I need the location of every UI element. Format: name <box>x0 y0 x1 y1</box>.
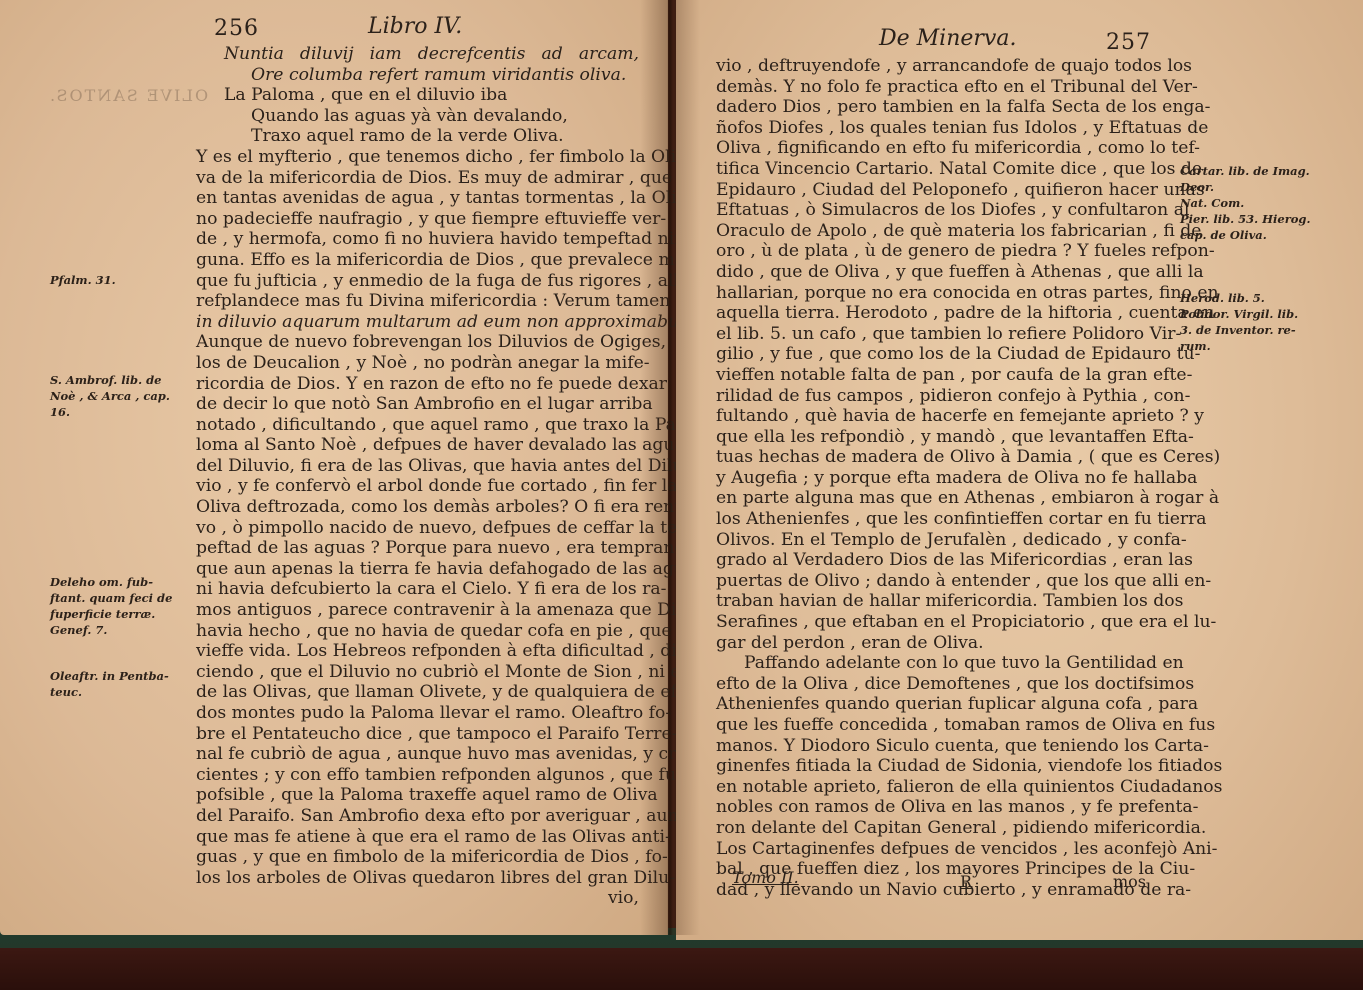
catchword: mos <box>1113 872 1146 891</box>
text-line: Eftatuas , ò Simulacros de los Diofes , … <box>716 200 1165 221</box>
text-line: La Paloma , que en el diluvio iba <box>196 85 639 106</box>
volume-text: Tomo II. <box>732 868 799 887</box>
margin-note-line: Herod. lib. 5. <box>1180 290 1298 306</box>
body-text: vio , deftruyendofe , y arrancandofe de … <box>716 56 1165 900</box>
text-line: tifica Vincencio Cartario. Natal Comite … <box>716 159 1165 180</box>
text-line: vieffe vida. Los Hebreos refponden à eft… <box>196 641 639 662</box>
margin-note-line: Polidor. Virgil. lib. <box>1180 306 1298 322</box>
margin-note-line: Noè , & Arca , cap. <box>50 388 170 404</box>
margin-note-line: Nat. Com. <box>1180 195 1310 211</box>
bleed-through-text: OLIVE SANTOS. <box>48 86 208 105</box>
running-head: Libro IV. <box>368 14 462 39</box>
text-line: Los Cartaginenfes defpues de vencidos , … <box>716 839 1165 860</box>
text-line: ricordia de Dios. Y en razon de efto no … <box>196 374 639 395</box>
text-line: refplandece mas fu Divina mifericordia :… <box>196 291 639 312</box>
text-line: nobles con ramos de Oliva en las manos ,… <box>716 797 1165 818</box>
text-line: Olivos. En el Templo de Jerufalèn , dedi… <box>716 530 1165 551</box>
text-line: que aun apenas la tierra fe havia defaho… <box>196 559 639 580</box>
text-line: guas , y que en fimbolo de la mifericord… <box>196 847 639 868</box>
text-line: va de la mifericordia de Dios. Es muy de… <box>196 168 639 189</box>
text-line: demàs. Y no folo fe practica efto en el … <box>716 77 1165 98</box>
text-line: que mas fe atiene à que era el ramo de l… <box>196 827 639 848</box>
text-line: los Athenienfes , que les confintieffen … <box>716 509 1165 530</box>
text-line: Oraculo de Apolo , de què materia los fa… <box>716 221 1165 242</box>
margin-note-line: rum. <box>1180 338 1298 354</box>
text-line: y Augefia ; y porque efta madera de Oliv… <box>716 468 1165 489</box>
signature-mark: R <box>960 872 972 891</box>
text-line: Traxo aquel ramo de la verde Oliva. <box>196 126 639 147</box>
text-line: nal fe cubriò de agua , aunque huvo mas … <box>196 744 639 765</box>
text-line: peftad de las aguas ? Porque para nuevo … <box>196 538 639 559</box>
text-line: del Paraifo. San Ambrofio dexa efto por … <box>196 806 639 827</box>
text-line: gilio , y fue , que como los de la Ciuda… <box>716 344 1165 365</box>
text-line: los los arboles de Olivas quedaron libre… <box>196 868 639 889</box>
text-line: grado al Verdadero Dios de las Mifericor… <box>716 550 1165 571</box>
text-line: bre el Pentateucho dice , que tampoco el… <box>196 724 639 745</box>
text-line: en tantas avenidas de agua , y tantas to… <box>196 188 639 209</box>
text-line: havia hecho , que no havia de quedar cof… <box>196 621 639 642</box>
text-line: Y es el myfterio , que tenemos dicho , f… <box>196 147 639 168</box>
text-line: aquella tierra. Herodoto , padre de la h… <box>716 303 1165 324</box>
margin-note-line: Pfalm. 31. <box>50 272 116 288</box>
text-line: que fu jufticia , y enmedio de la fuga d… <box>196 271 639 292</box>
margin-note: S. Ambrof. lib. deNoè , & Arca , cap.16. <box>50 372 170 420</box>
margin-note-line: Pier. lib. 53. Hierog. <box>1180 211 1310 227</box>
text-line: Athenienfes quando querian fuplicar algu… <box>716 694 1165 715</box>
margin-note-line: Cartar. lib. de Imag. <box>1180 163 1310 179</box>
text-line: no padecieffe naufragio , y que fiempre … <box>196 209 639 230</box>
text-line: Aunque de nuevo fobrevengan los Diluvios… <box>196 332 639 353</box>
margin-note: Herod. lib. 5.Polidor. Virgil. lib.3. de… <box>1180 290 1298 354</box>
text-line: efto de la Oliva , dice Demoftenes , que… <box>716 674 1165 695</box>
text-line: Paffando adelante con lo que tuvo la Gen… <box>716 653 1165 674</box>
text-line: puertas de Olivo ; dando à entender , qu… <box>716 571 1165 592</box>
margin-note-line: fuperficie terræ. <box>50 606 172 622</box>
text-line: tuas hechas de madera de Olivo à Damia ,… <box>716 447 1165 468</box>
text-line: de , y hermofa, como fi no huviera havid… <box>196 229 639 250</box>
margin-note-line: Genef. 7. <box>50 622 172 638</box>
text-line: notado , dificultando , que aquel ramo ,… <box>196 415 639 436</box>
text-line: ñofos Diofes , los quales tenian fus Ido… <box>716 118 1165 139</box>
running-head: De Minerva. <box>879 26 1016 51</box>
text-line: gar del perdon , eran de Oliva. <box>716 633 1165 654</box>
text-line: loma al Santo Noè , defpues de haver dev… <box>196 435 639 456</box>
book-gutter <box>640 0 700 935</box>
text-line: vieffen notable falta de pan , por caufa… <box>716 365 1165 386</box>
text-line: el lib. 5. un cafo , que tambien lo refi… <box>716 324 1165 345</box>
margin-note: Pfalm. 31. <box>50 272 116 288</box>
text-line: que les fueffe concedida , tomaban ramos… <box>716 715 1165 736</box>
text-line: manos. Y Diodoro Siculo cuenta, que teni… <box>716 736 1165 757</box>
text-line: Quando las aguas yà vàn devalando, <box>196 106 639 127</box>
margin-note-line: cap. de Oliva. <box>1180 227 1310 243</box>
text-line: traban havian de hallar mifericordia. Ta… <box>716 591 1165 612</box>
margin-note-line: S. Ambrof. lib. de <box>50 372 170 388</box>
margin-note-line: teuc. <box>50 684 169 700</box>
text-line: en parte alguna mas que en Athenas , emb… <box>716 488 1165 509</box>
text-line: vio , y fe confervò el arbol donde fue c… <box>196 476 639 497</box>
text-line: en notable aprieto, falieron de ella qui… <box>716 777 1165 798</box>
text-line: Oliva deftrozada, como los demàs arboles… <box>196 497 639 518</box>
text-line: guna. Effo es la mifericordia de Dios , … <box>196 250 639 271</box>
text-line: de las Olivas, que llaman Olivete, y de … <box>196 682 639 703</box>
table-surface <box>0 948 1363 990</box>
text-line: ginenfes fitiada la Ciudad de Sidonia, v… <box>716 756 1165 777</box>
text-line: que ella les refpondiò , y mandò , que l… <box>716 427 1165 448</box>
text-line: oro , ù de plata , ù de genero de piedra… <box>716 241 1165 262</box>
text-line: pofsible , que la Paloma traxeffe aquel … <box>196 785 639 806</box>
text-line: vio , deftruyendofe , y arrancandofe de … <box>716 56 1165 77</box>
text-line: de decir lo que notò San Ambrofio en el … <box>196 394 639 415</box>
text-line: dos montes pudo la Paloma llevar el ramo… <box>196 703 639 724</box>
text-line: in diluvio aquarum multarum ad eum non a… <box>196 312 639 333</box>
text-line: hallarian, porque no era conocida en otr… <box>716 283 1165 304</box>
text-line: dadero Dios , pero tambien en la falfa S… <box>716 97 1165 118</box>
text-line: ni havia defcubierto la cara el Cielo. Y… <box>196 579 639 600</box>
margin-note-line: Oleaftr. in Pentba- <box>50 668 169 684</box>
left-page: OLIVE SANTOS. 256 Libro IV. Nuntia diluv… <box>0 0 668 935</box>
body-text: Nuntia diluvij iam decrefcentis ad arcam… <box>196 44 639 909</box>
text-line: fultando , què havia de hacerfe en femej… <box>716 406 1165 427</box>
margin-note: Oleaftr. in Pentba-teuc. <box>50 668 169 700</box>
text-line: Ore columba refert ramum viridantis oliv… <box>196 65 639 86</box>
text-line: cientes ; y con effo tambien refponden a… <box>196 765 639 786</box>
margin-note-line: Deleho om. fub- <box>50 574 172 590</box>
volume-label: Tomo II. <box>732 868 799 887</box>
text-line: dido , que de Oliva , y que fueffen à At… <box>716 262 1165 283</box>
text-line: Serafines , que eftaban en el Propiciato… <box>716 612 1165 633</box>
text-line: ciendo , que el Diluvio no cubriò el Mon… <box>196 662 639 683</box>
margin-note-line: 16. <box>50 404 170 420</box>
text-line: ron delante del Capitan General , pidien… <box>716 818 1165 839</box>
text-line: vo , ò pimpollo nacido de nuevo, defpues… <box>196 518 639 539</box>
text-line: los de Deucalion , y Noè , no podràn ane… <box>196 353 639 374</box>
text-line: del Diluvio, fi era de las Olivas, que h… <box>196 456 639 477</box>
margin-note-line: Deor. <box>1180 179 1310 195</box>
margin-note-line: 3. de Inventor. re- <box>1180 322 1298 338</box>
right-page: De Minerva. 257 vio , deftruyendofe , y … <box>676 0 1363 940</box>
text-line: Nuntia diluvij iam decrefcentis ad arcam… <box>196 44 639 65</box>
page-number: 256 <box>214 16 259 41</box>
margin-note: Cartar. lib. de Imag.Deor.Nat. Com.Pier.… <box>1180 163 1310 243</box>
text-line: mos antiguos , parece contravenir à la a… <box>196 600 639 621</box>
text-line: Epidauro , Ciudad del Peloponefo , quifi… <box>716 180 1165 201</box>
text-line: Oliva , fignificando en efto fu miferico… <box>716 138 1165 159</box>
margin-note-line: ftant. quam feci de <box>50 590 172 606</box>
margin-note: Deleho om. fub-ftant. quam feci defuperf… <box>50 574 172 638</box>
text-line: vio, <box>196 888 639 909</box>
page-number: 257 <box>1106 30 1151 55</box>
text-line: rilidad de fus campos , pidieron confejo… <box>716 386 1165 407</box>
